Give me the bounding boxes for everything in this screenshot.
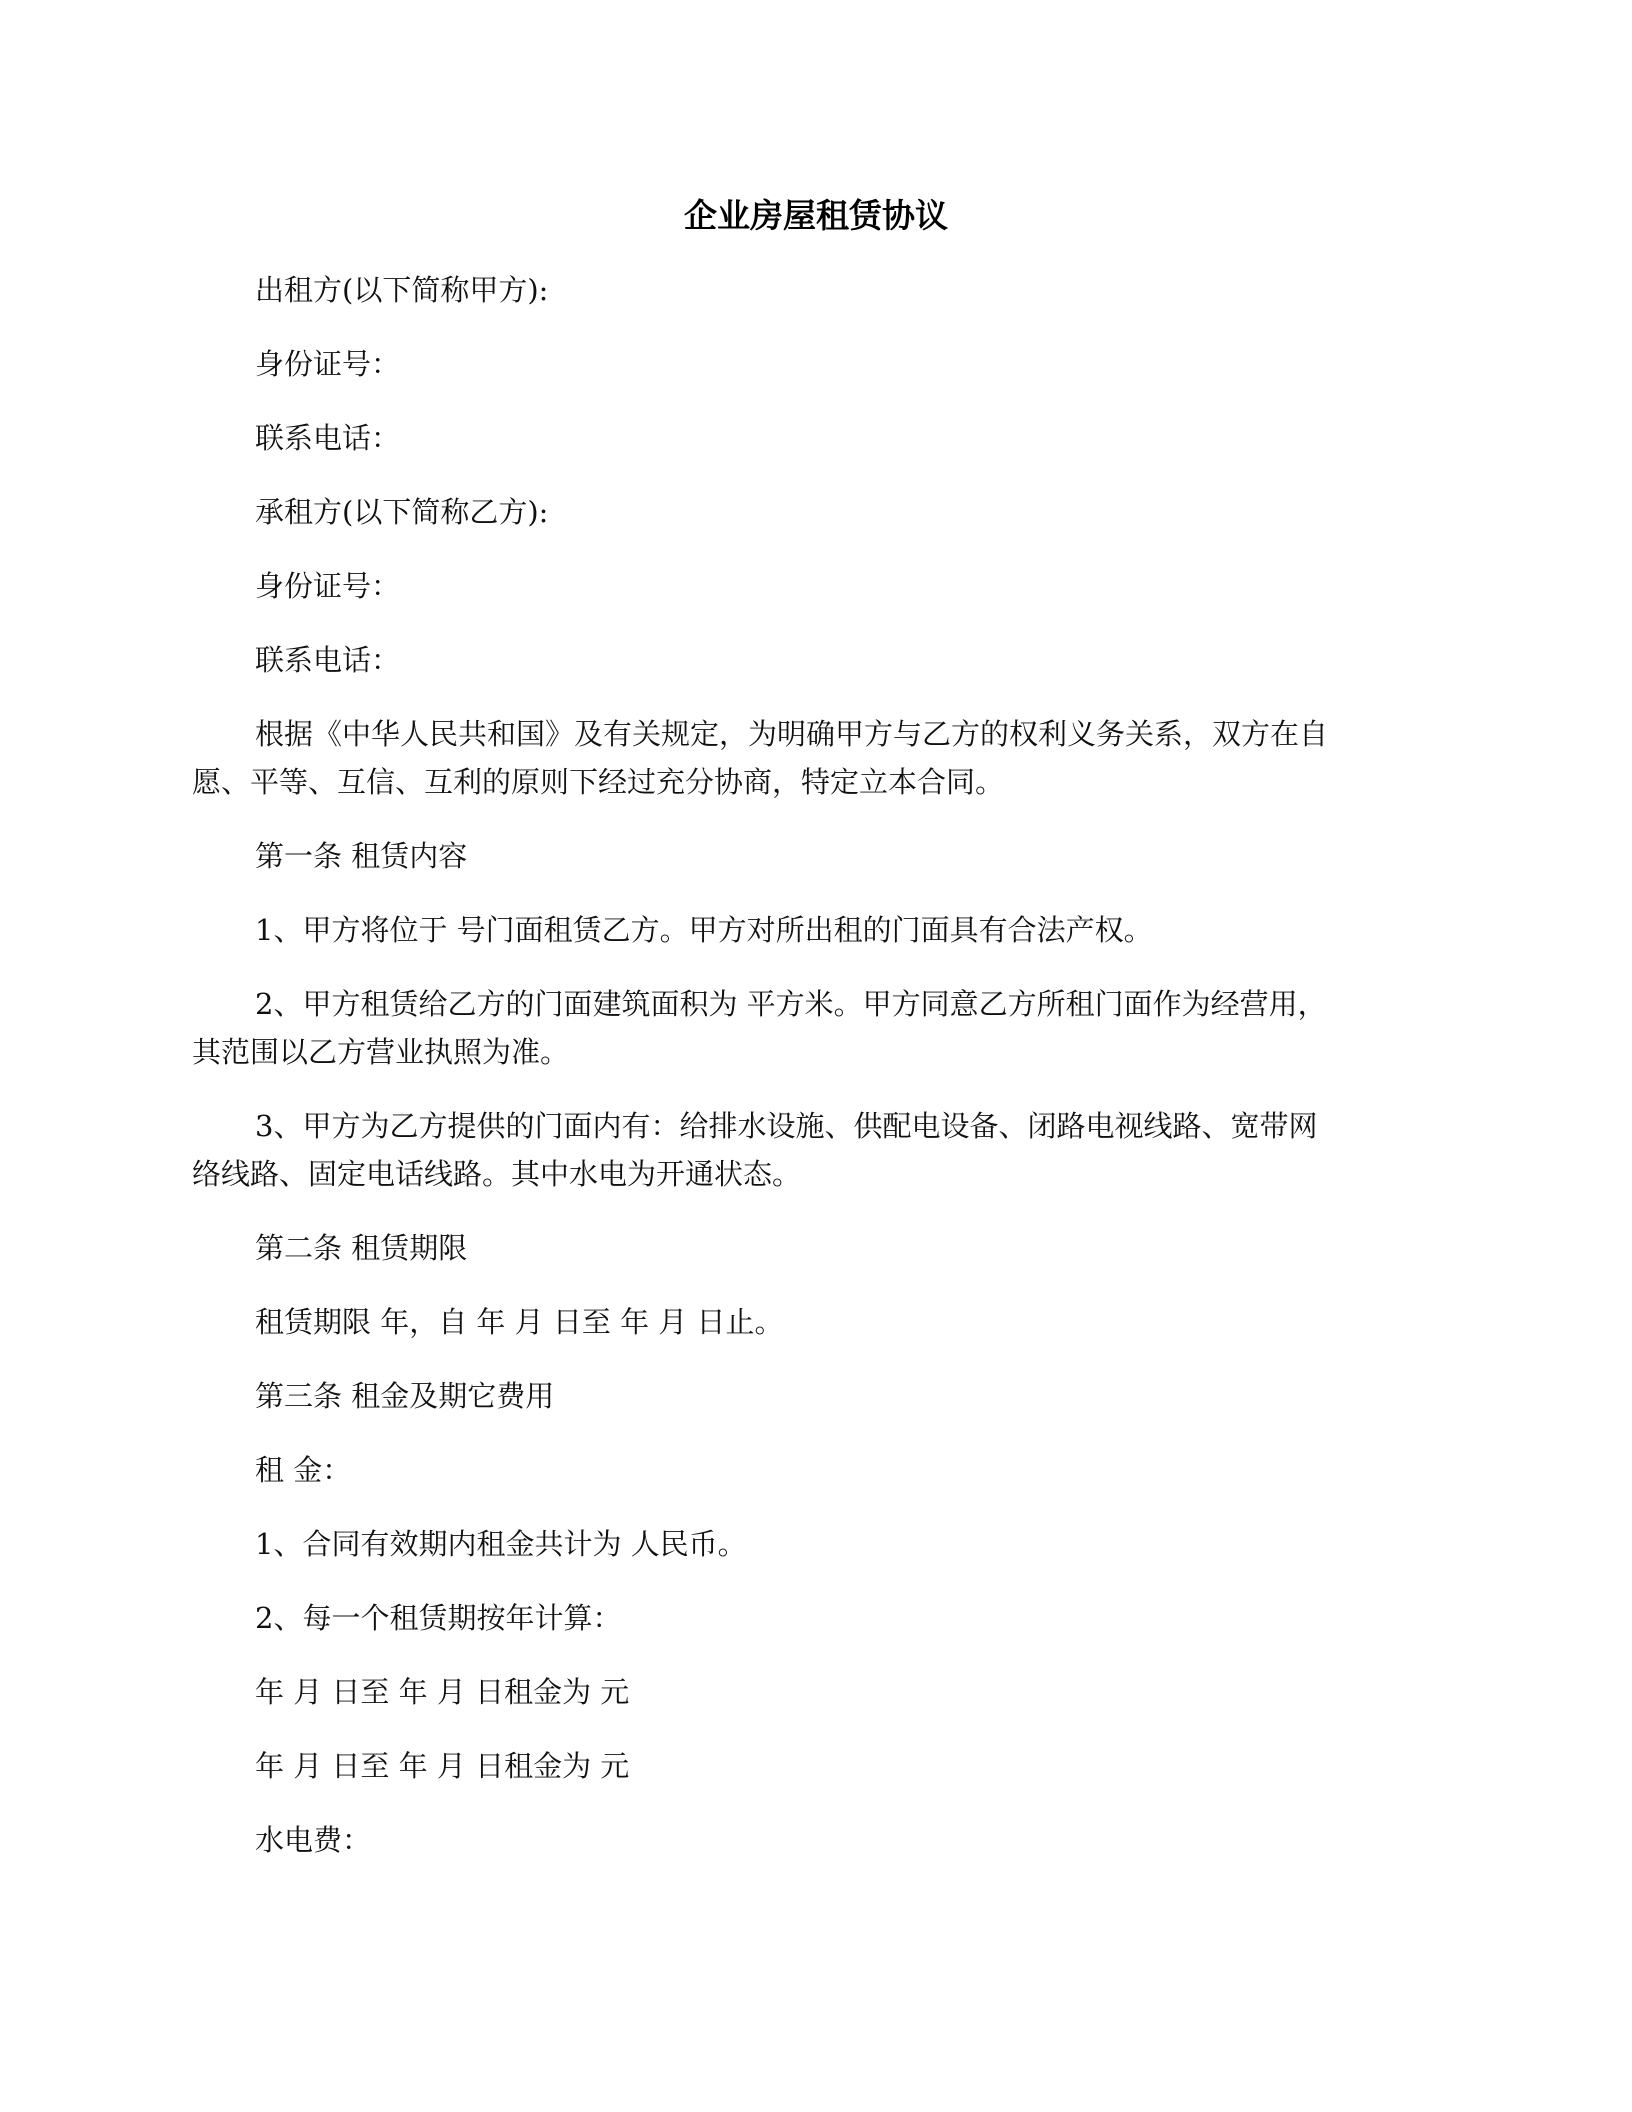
article-1-clause-3-cont: 络线路、固定电话线路。其中水电为开通状态。 [192,1150,801,1198]
document-page: 企业房屋租赁协议 出租方(以下简称甲方): 身份证号： 联系电话： 承租方(以下… [0,0,1632,2112]
article-1-clause-2: 2、甲方租赁给乙方的门面建筑面积为 平方米。甲方同意乙方所租门面作为经营用， [255,980,1327,1028]
article-1-clause-1: 1、甲方将位于 号门面租赁乙方。甲方对所出租的门面具有合法产权。 [255,906,1153,954]
article-1-heading: 第一条 租赁内容 [255,832,467,880]
preamble-paragraph-cont: 愿、平等、互信、互利的原则下经过充分协商，特定立本合同。 [192,758,1004,806]
rent-period-line-2: 年 月 日至 年 月 日租金为 元 [255,1742,629,1790]
lessee-line: 承租方(以下简称乙方): [255,488,548,536]
lessor-phone-line: 联系电话： [255,414,400,462]
rent-label: 租 金： [255,1446,351,1494]
rent-clause-2: 2、每一个租赁期按年计算： [255,1594,621,1642]
article-1-clause-2-cont: 其范围以乙方营业执照为准。 [192,1028,569,1076]
rent-period-line-1: 年 月 日至 年 月 日租金为 元 [255,1668,629,1716]
article-3-heading: 第三条 租金及期它费用 [255,1372,554,1420]
article-2-heading: 第二条 租赁期限 [255,1224,467,1272]
rent-clause-1: 1、合同有效期内租金共计为 人民币。 [255,1520,747,1568]
utilities-label: 水电费： [255,1816,371,1864]
lessee-id-line: 身份证号： [255,562,400,610]
document-title: 企业房屋租赁协议 [0,192,1632,240]
article-1-clause-3: 3、甲方为乙方提供的门面内有：给排水设施、供配电设备、闭路电视线路、宽带网 [255,1102,1317,1150]
preamble-paragraph: 根据《中华人民共和国》及有关规定，为明确甲方与乙方的权利义务关系，双方在自 [255,710,1328,758]
lessee-phone-line: 联系电话： [255,636,400,684]
lessor-line: 出租方(以下简称甲方): [255,266,548,314]
lessor-id-line: 身份证号： [255,340,400,388]
lease-term-line: 租赁期限 年，自 年 月 日至 年 月 日止。 [255,1298,784,1346]
